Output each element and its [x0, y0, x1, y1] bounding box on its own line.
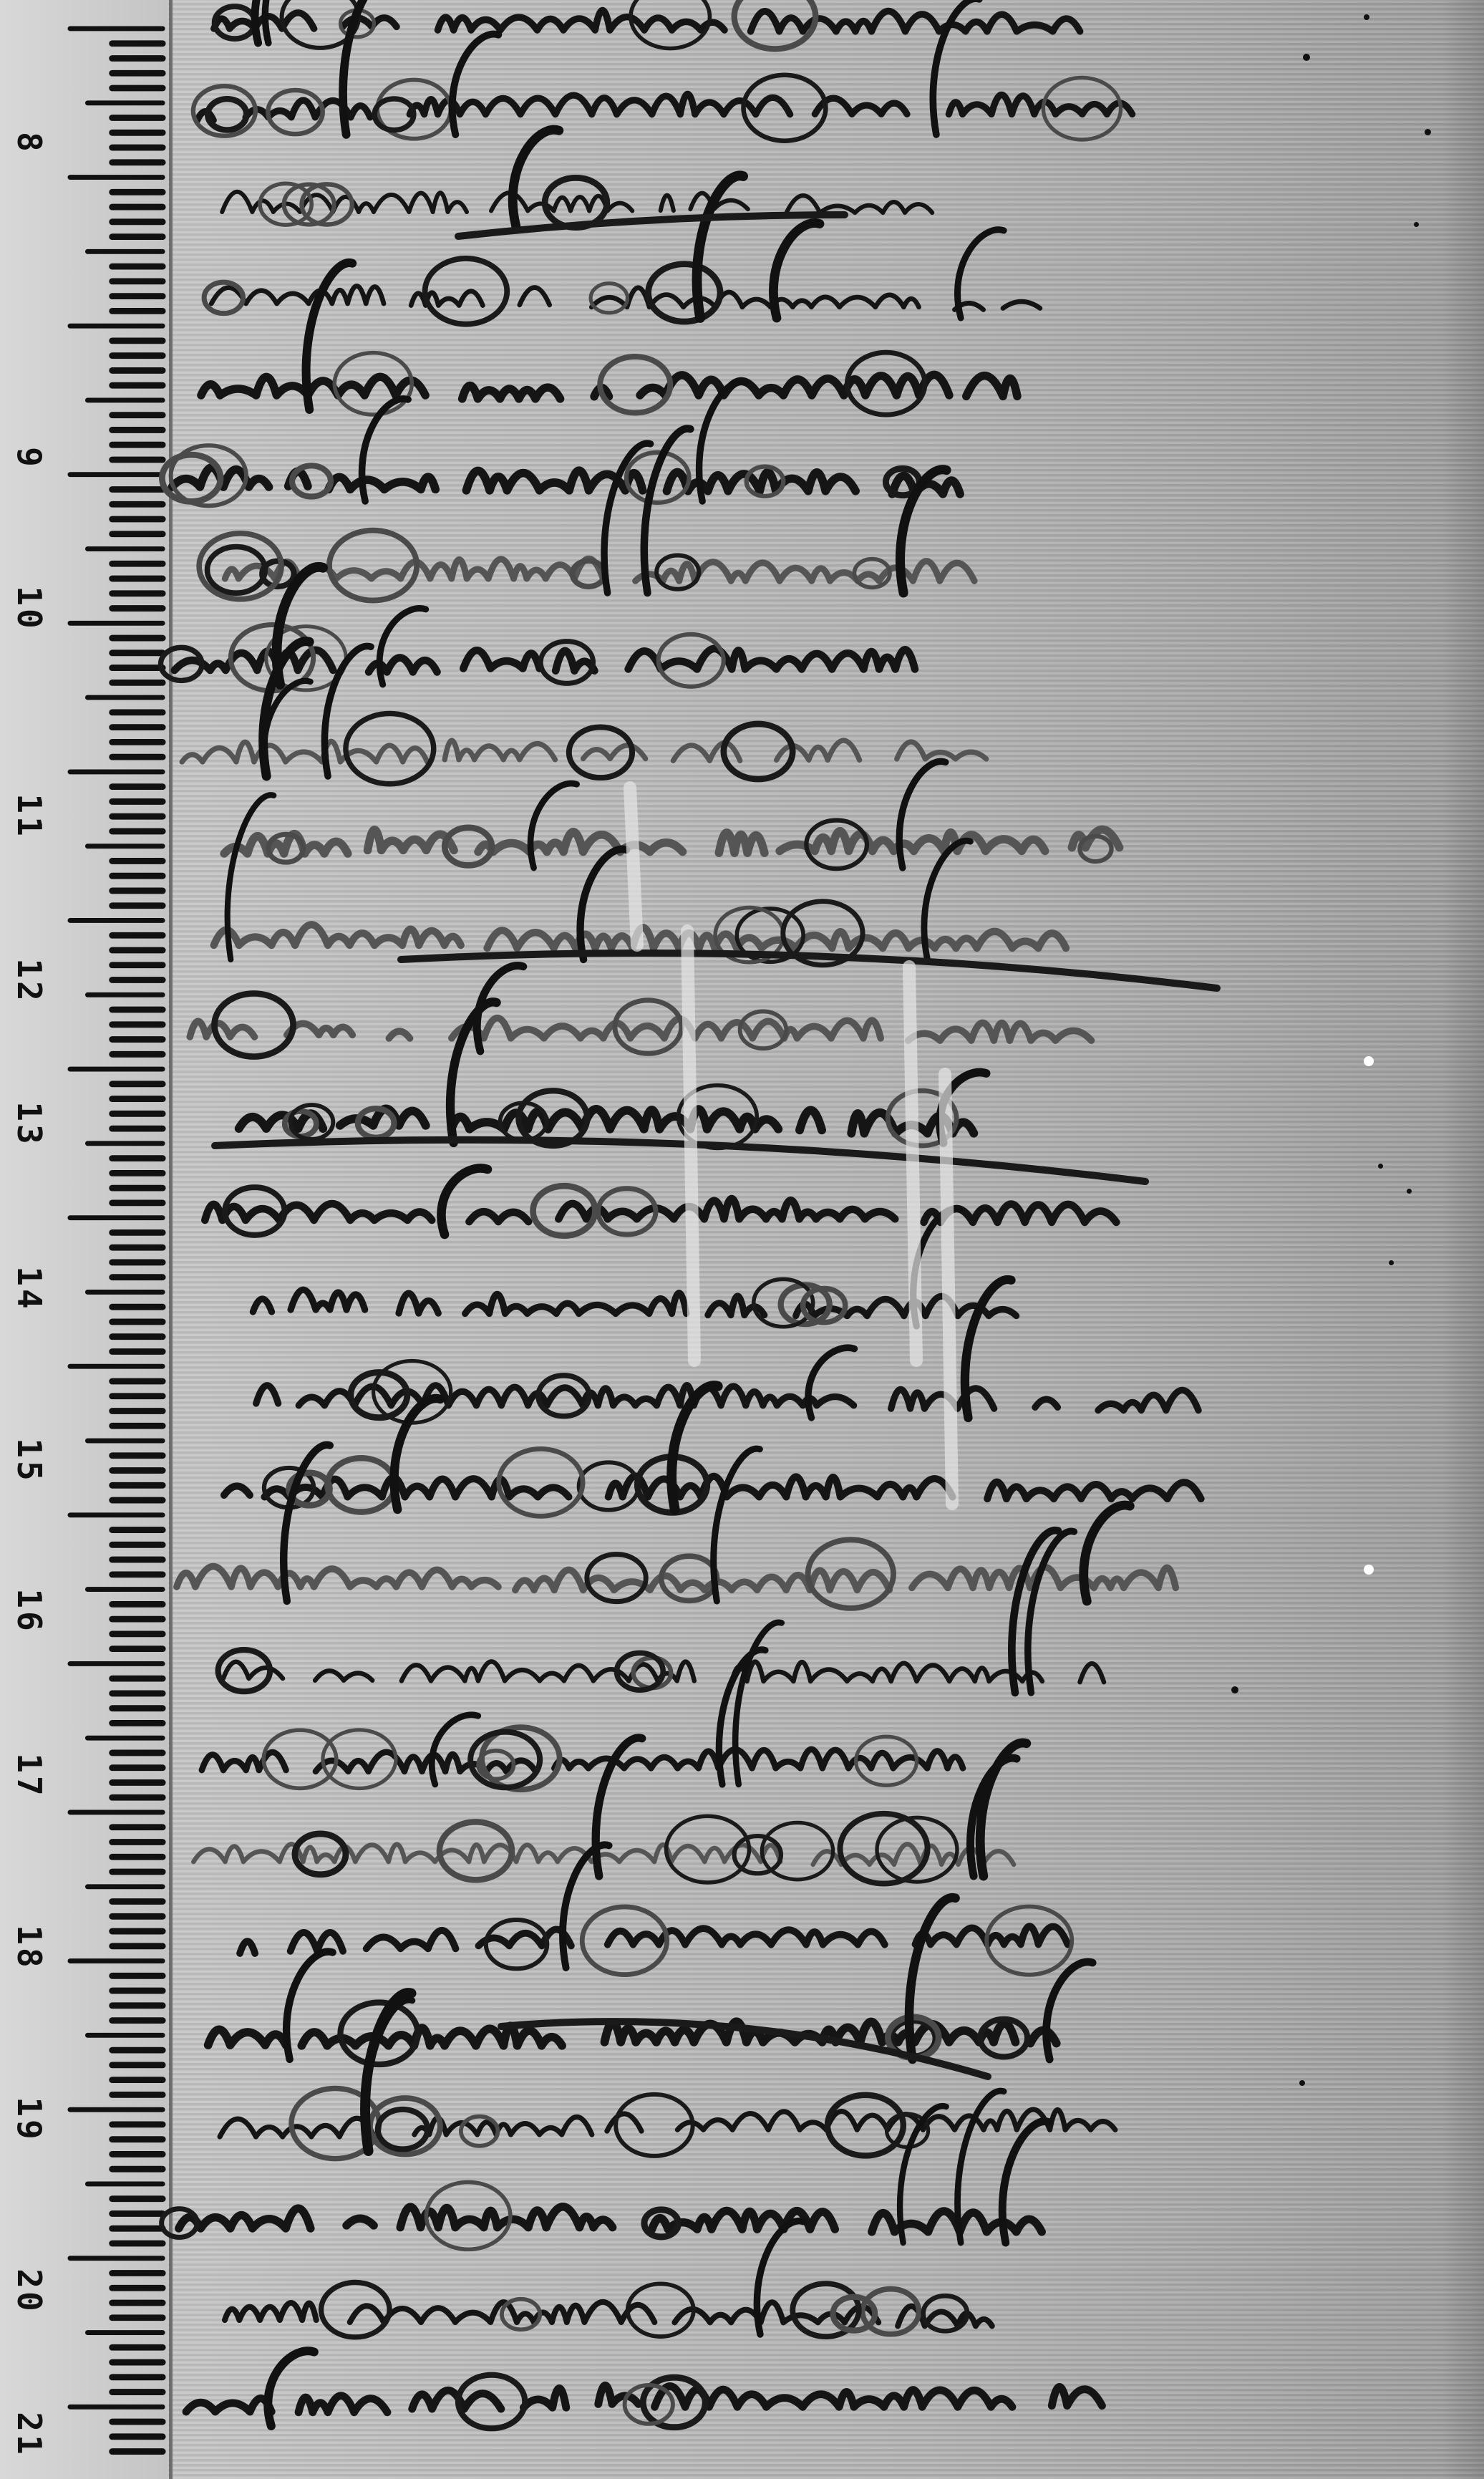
paper-speck [1414, 222, 1419, 227]
paper-speck [1231, 1686, 1238, 1693]
handwritten-text [0, 0, 1484, 2479]
paper-speck [1299, 2080, 1305, 2086]
paper-speck [1364, 14, 1369, 20]
paper-speck [1378, 1164, 1383, 1169]
page-right-edge [1441, 0, 1484, 2479]
paper-speck [1407, 1189, 1412, 1194]
paper-speck [1364, 1056, 1374, 1066]
manuscript-page: 89101112131415161718192021 [0, 0, 1484, 2479]
paper-speck [1425, 129, 1431, 135]
paper-speck [1389, 1260, 1394, 1265]
paper-speck [1303, 54, 1310, 61]
paper-speck [1364, 1565, 1374, 1575]
